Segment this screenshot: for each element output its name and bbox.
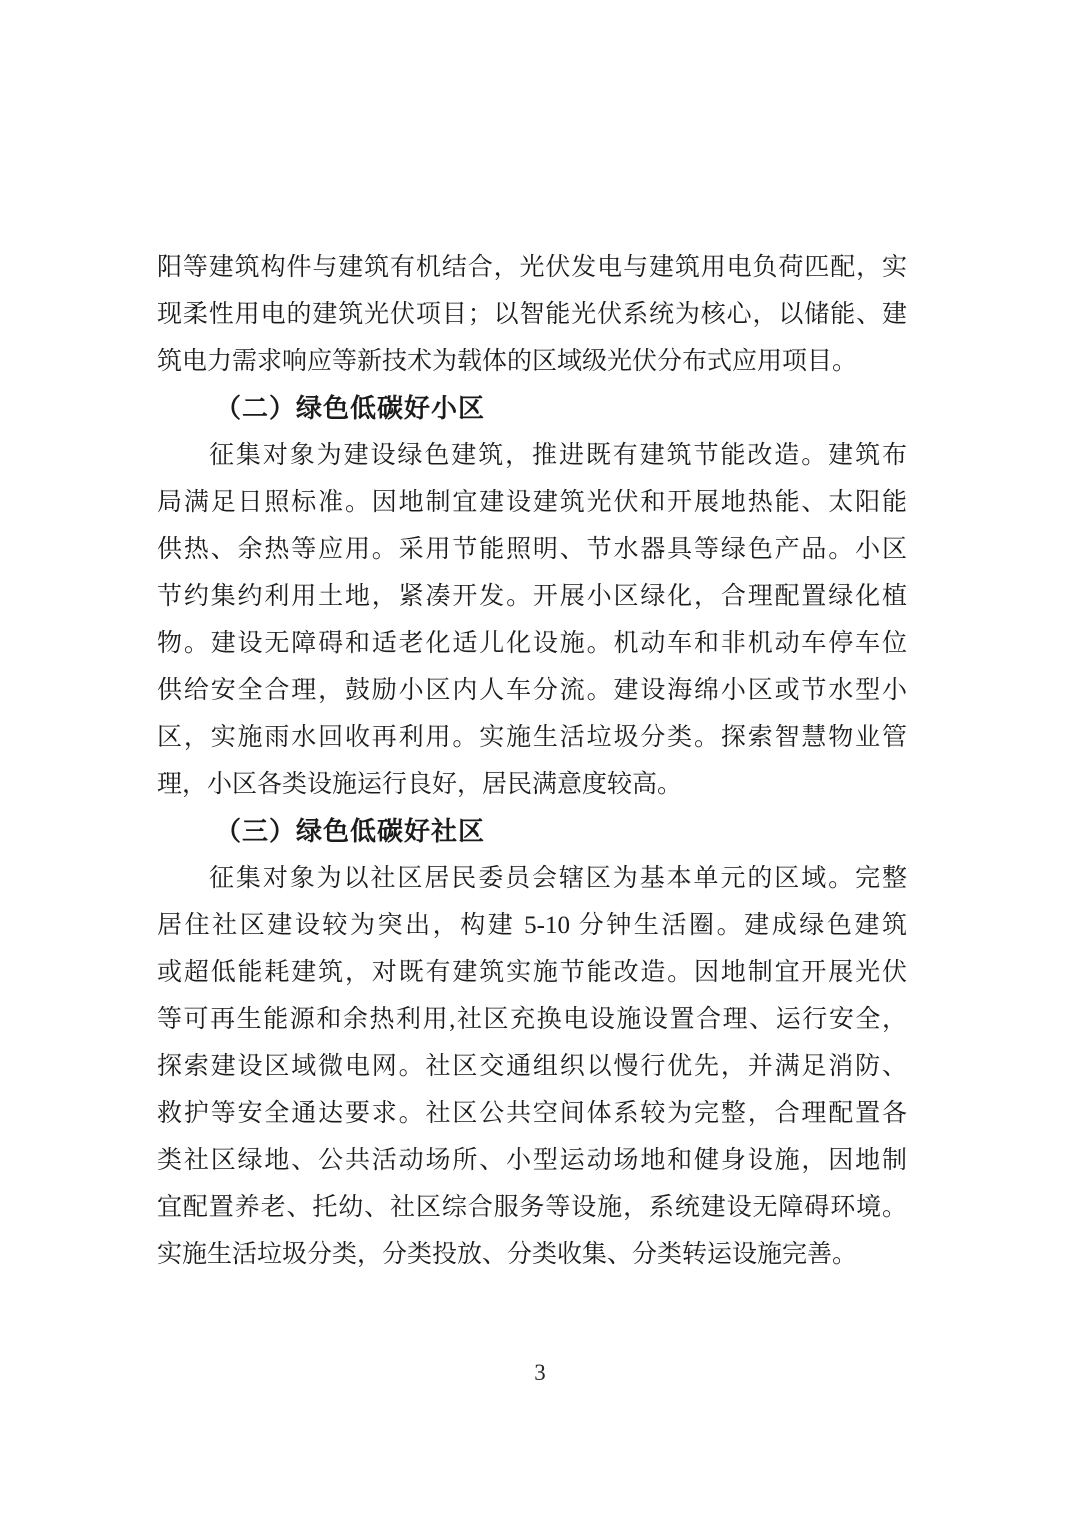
section-heading: （二）绿色低碳好小区 — [157, 385, 907, 432]
text-line: 节约集约利用土地，紧凑开发。开展小区绿化，合理配置绿化植 — [157, 573, 907, 620]
text-block: 阳等建筑构件与建筑有机结合，光伏发电与建筑用电负荷匹配，实现柔性用电的建筑光伏项… — [157, 244, 907, 1278]
text-line: 居住社区建设较为突出，构建 5-10 分钟生活圈。建成绿色建筑 — [157, 902, 907, 949]
text-line: 宜配置养老、托幼、社区综合服务等设施，系统建设无障碍环境。 — [157, 1184, 907, 1231]
text-line: 救护等安全通达要求。社区公共空间体系较为完整，合理配置各 — [157, 1090, 907, 1137]
text-line: 理，小区各类设施运行良好，居民满意度较高。 — [157, 761, 907, 808]
text-line: 供给安全合理，鼓励小区内人车分流。建设海绵小区或节水型小 — [157, 667, 907, 714]
text-line: 探索建设区域微电网。社区交通组织以慢行优先，并满足消防、 — [157, 1043, 907, 1090]
text-line: 类社区绿地、公共活动场所、小型运动场地和健身设施，因地制 — [157, 1137, 907, 1184]
section-heading: （三）绿色低碳好社区 — [157, 808, 907, 855]
text-line: 征集对象为建设绿色建筑，推进既有建筑节能改造。建筑布 — [157, 432, 907, 479]
document-page: 阳等建筑构件与建筑有机结合，光伏发电与建筑用电负荷匹配，实现柔性用电的建筑光伏项… — [0, 0, 1080, 1533]
text-line: 物。建设无障碍和适老化适儿化设施。机动车和非机动车停车位 — [157, 620, 907, 667]
text-line: 局满足日照标准。因地制宜建设建筑光伏和开展地热能、太阳能 — [157, 479, 907, 526]
text-line: 筑电力需求响应等新技术为载体的区域级光伏分布式应用项目。 — [157, 338, 907, 385]
text-line: 或超低能耗建筑，对既有建筑实施节能改造。因地制宜开展光伏 — [157, 949, 907, 996]
text-line: 区，实施雨水回收再利用。实施生活垃圾分类。探索智慧物业管 — [157, 714, 907, 761]
text-line: 等可再生能源和余热利用,社区充换电设施设置合理、运行安全， — [157, 996, 907, 1043]
text-line: 现柔性用电的建筑光伏项目；以智能光伏系统为核心，以储能、建 — [157, 291, 907, 338]
text-line: 供热、余热等应用。采用节能照明、节水器具等绿色产品。小区 — [157, 526, 907, 573]
text-line: 阳等建筑构件与建筑有机结合，光伏发电与建筑用电负荷匹配，实 — [157, 244, 907, 291]
text-line: 实施生活垃圾分类，分类投放、分类收集、分类转运设施完善。 — [157, 1231, 907, 1278]
text-line: 征集对象为以社区居民委员会辖区为基本单元的区域。完整 — [157, 855, 907, 902]
page-number: 3 — [0, 1360, 1080, 1386]
